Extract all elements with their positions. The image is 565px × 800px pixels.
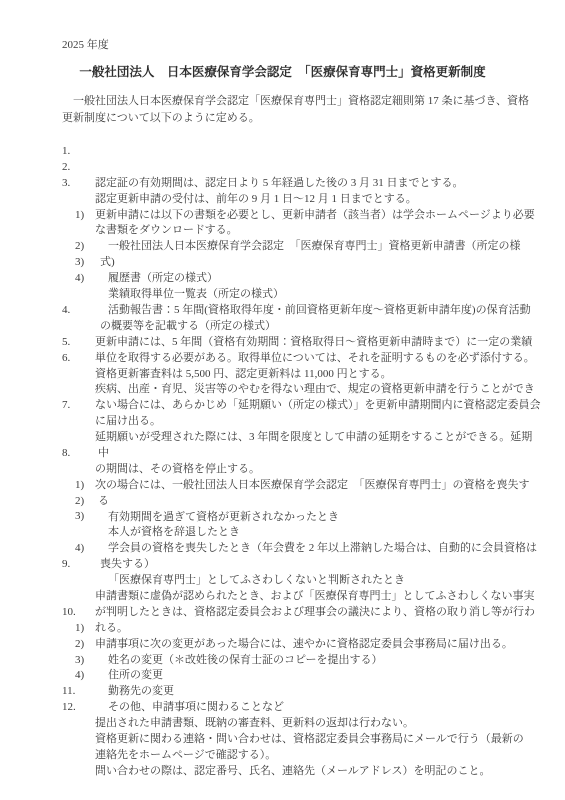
clause-list: 1. 認定証の有効期間は、認定日より 5 年経過した後の 3 月 31 日までと… bbox=[0, 144, 565, 748]
list-line: 7. 延期願いが受理された際には、3 年間を限度として申請の延期をすることができ… bbox=[0, 398, 565, 414]
list-line: 1) 一般社団法人日本医療保育学会認定 「医療保育専門士」資格更新申請書（所定の… bbox=[0, 208, 565, 224]
line-marker: 5. bbox=[62, 335, 70, 351]
line-marker: 12. bbox=[62, 700, 76, 716]
list-line: 5. 資格更新審査料は 5,500 円、認定更新料は 11,000 円とする。 bbox=[0, 335, 565, 351]
line-marker: 11. bbox=[62, 684, 75, 700]
line-marker: 8. bbox=[62, 446, 70, 462]
list-line: 2) 本人が資格を辞退したとき bbox=[0, 494, 565, 510]
line-marker: 7. bbox=[62, 398, 70, 414]
list-line: 2) 住所の変更 bbox=[0, 637, 565, 653]
list-line: 連絡先をホームページで確認する）。 bbox=[0, 716, 565, 732]
line-marker: 9. bbox=[62, 557, 70, 573]
list-line: 2. 認定更新申請の受付は、前年の 9 月 1 日～12 月 1 日までとする。 bbox=[0, 160, 565, 176]
line-marker: 3. bbox=[62, 176, 70, 192]
list-line: 4. 更新申請には、5 年間（資格有効期間：資格取得日～資格更新申請時まで）に一… bbox=[0, 303, 565, 319]
list-line: 3) 業績取得単位一覧表（所定の様式） bbox=[0, 255, 565, 271]
line-marker: 1. bbox=[62, 144, 70, 160]
document-title: 一般社団法人 日本医療保育学会認定 「医療保育専門士」資格更新制度 bbox=[0, 62, 565, 80]
list-line: 3) 勤務先の変更 bbox=[0, 653, 565, 669]
line-marker: 4) bbox=[75, 668, 84, 684]
line-marker: 1) bbox=[75, 208, 84, 224]
line-text: 問い合わせの際は、認定番号、氏名、連絡先（メールアドレス）を明記のこと。 bbox=[95, 765, 490, 777]
list-line: 4) その他、申請事項に関わることなど bbox=[0, 668, 565, 684]
intro-paragraph: 一般社団法人日本医療保育学会認定「医療保育専門士」資格認定細則第 17 条に基づ… bbox=[62, 93, 507, 127]
list-line: 2) 履歴書（所定の様式） bbox=[0, 239, 565, 255]
list-line: 式) bbox=[0, 223, 565, 239]
list-line: 8. 次の場合には、一般社団法人日本医療保育学会認定 「医療保育専門士」の資格を… bbox=[0, 446, 565, 462]
list-line: 4) 「医療保育専門士」としてふさわしくないと判断されたとき bbox=[0, 541, 565, 557]
line-marker: 4) bbox=[75, 541, 84, 557]
line-marker: 3) bbox=[75, 509, 84, 525]
list-line: ない場合には、あらかじめ「延期願い（所定の様式）」を更新申請期間内に資格認定委員… bbox=[0, 366, 565, 382]
list-line: 11. 提出された申請書類、既納の審査料、更新料の返却は行わない。 bbox=[0, 684, 565, 700]
list-line: 3) 学会員の資格を喪失したとき（年会費を 2 年以上滞納した場合は、自動的に会… bbox=[0, 509, 565, 525]
list-line: 10. 申請事項に次の変更があった場合には、速やかに資格認定委員会事務局に届け出… bbox=[0, 605, 565, 621]
line-marker: 2) bbox=[75, 239, 84, 255]
list-line: 1) 有効期間を過ぎて資格が更新されなかったとき bbox=[0, 478, 565, 494]
list-line: 喪失する） bbox=[0, 525, 565, 541]
line-marker: 1) bbox=[75, 478, 84, 494]
list-line: 9. 申請書類に虚偽が認められたとき、および「医療保育専門士」としてふさわしくな… bbox=[0, 557, 565, 573]
line-marker: 1) bbox=[75, 621, 84, 637]
year-label: 2025 年度 bbox=[62, 36, 109, 52]
line-marker: 2) bbox=[75, 494, 84, 510]
list-line: れる。 bbox=[0, 589, 565, 605]
line-text: 連絡先をホームページで確認する）。 bbox=[95, 749, 276, 761]
line-marker: 3) bbox=[75, 653, 84, 669]
list-line: 1) 姓名の変更（＊改姓後の保育士証のコピーを提出する） bbox=[0, 621, 565, 637]
list-line: る bbox=[0, 462, 565, 478]
list-line: 中 bbox=[0, 414, 565, 430]
list-line: 3. 更新申請には以下の書類を必要とし、更新申請者（該当者）は学会ホームページよ… bbox=[0, 176, 565, 192]
line-marker: 4. bbox=[62, 303, 70, 319]
line-marker: 2) bbox=[75, 637, 84, 653]
line-marker: 3) bbox=[75, 255, 84, 271]
line-marker: 4) bbox=[75, 271, 84, 287]
document-page: 2025 年度 一般社団法人 日本医療保育学会認定 「医療保育専門士」資格更新制… bbox=[0, 0, 565, 800]
line-marker: 2. bbox=[62, 160, 70, 176]
line-marker: 10. bbox=[62, 605, 76, 621]
list-line: な書類をダウンロードする。 bbox=[0, 192, 565, 208]
list-line: 12. 資格更新に関わる連絡・問い合わせは、資格認定委員会事務局にメールで行う（… bbox=[0, 700, 565, 716]
list-line: に届け出る。 bbox=[0, 382, 565, 398]
list-line: 1. 認定証の有効期間は、認定日より 5 年経過した後の 3 月 31 日までと… bbox=[0, 144, 565, 160]
list-line: 問い合わせの際は、認定番号、氏名、連絡先（メールアドレス）を明記のこと。 bbox=[0, 732, 565, 748]
list-line: の期間は、その資格を停止する。 bbox=[0, 430, 565, 446]
list-line: の概要等を記載する（所定の様式） bbox=[0, 287, 565, 303]
list-line: 6. 疾病、出産・育児、災害等のやむを得ない理由で、規定の資格更新申請を行うこと… bbox=[0, 351, 565, 367]
intro-line: 更新制度について以下のように定める。 bbox=[62, 110, 507, 127]
intro-line: 一般社団法人日本医療保育学会認定「医療保育専門士」資格認定細則第 17 条に基づ… bbox=[62, 93, 507, 110]
list-line: が判明したときは、資格認定委員会および理事会の議決により、資格の取り消し等が行わ bbox=[0, 573, 565, 589]
list-line: 4) 活動報告書：5 年間(資格取得年度・前回資格更新年度～資格更新申請年度)の… bbox=[0, 271, 565, 287]
list-line: 単位を取得する必要がある。取得単位については、それを証明するものを必ず添付する。 bbox=[0, 319, 565, 335]
line-marker: 6. bbox=[62, 351, 70, 367]
